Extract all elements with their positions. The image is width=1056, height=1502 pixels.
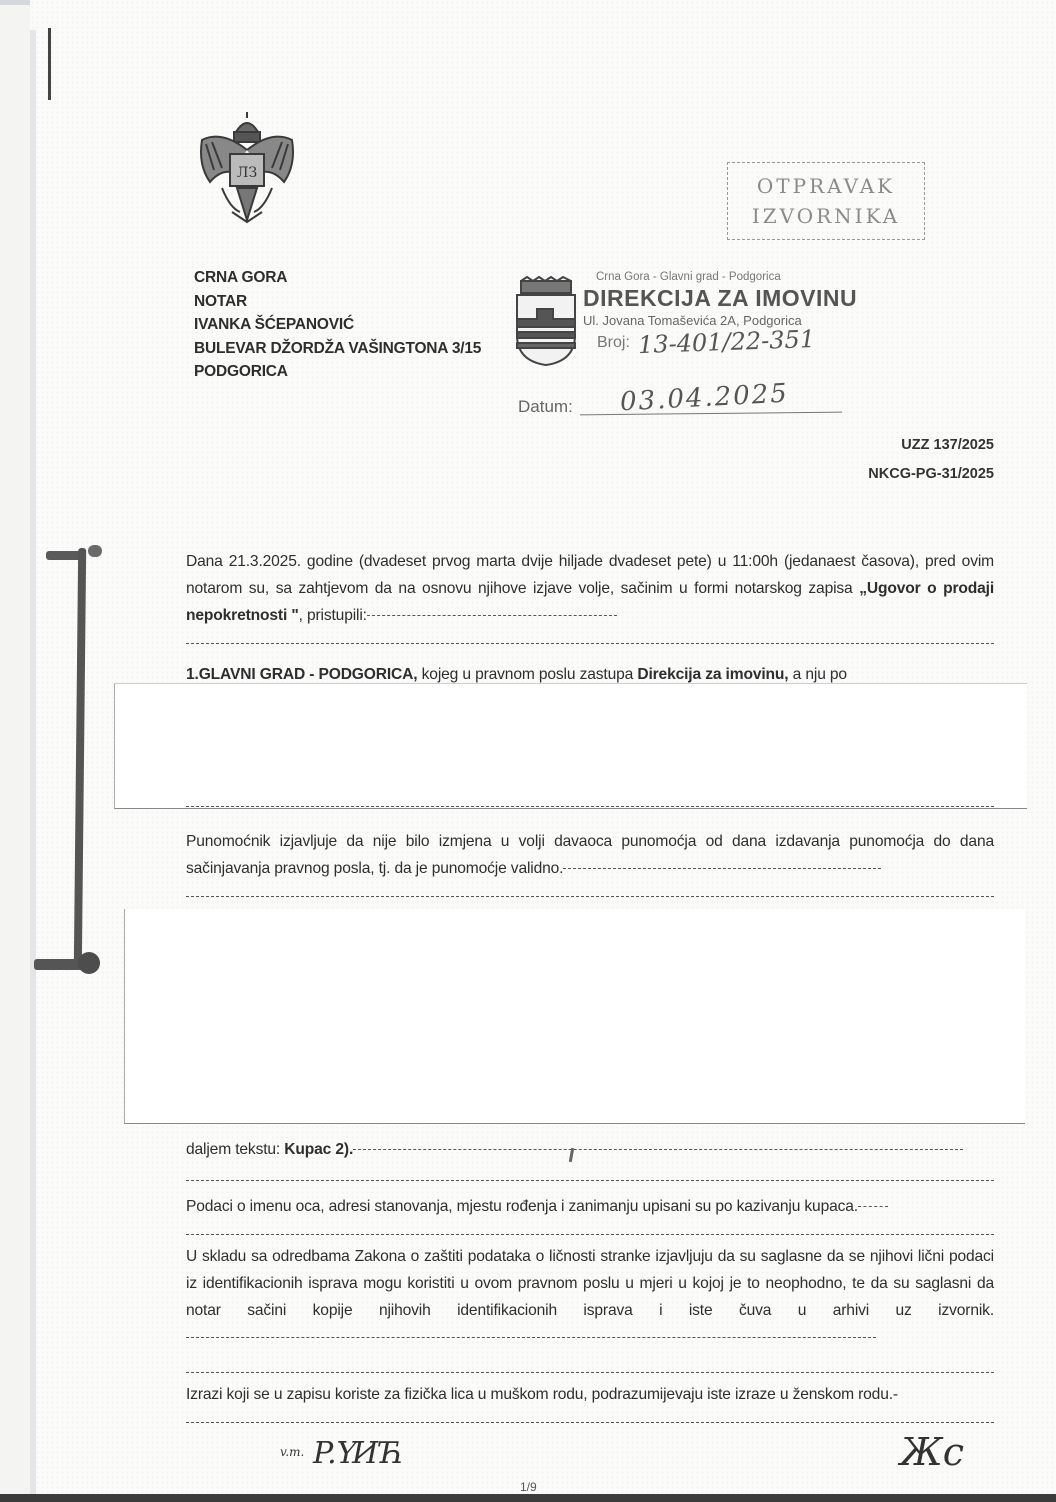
header-notary-name: IVANKA ŠĆEPANOVIĆ — [194, 313, 481, 337]
dash-separator — [186, 896, 994, 897]
directorate-stamp-top-line: Crna Gora - Glavni grad - Podgorica — [596, 271, 781, 283]
dash-separator — [186, 1234, 994, 1235]
redacted-block-1 — [114, 683, 1027, 809]
dash-filler — [563, 868, 881, 869]
dash-filler — [186, 1337, 876, 1338]
dash-separator — [186, 806, 994, 807]
buyer-2-text: daljem tekstu: — [186, 1141, 284, 1158]
initials-right: Жс — [900, 1430, 964, 1474]
svg-text:ЛЗ: ЛЗ — [237, 165, 257, 181]
dash-filler — [353, 1149, 963, 1150]
dash-filler — [367, 615, 617, 616]
party-1-text: kojeg u pravnom poslu zastupa — [417, 666, 637, 683]
directorate-stamp-broj-label: Broj: — [597, 334, 630, 352]
data-protection-text: U skladu sa odredbama Zakona o zaštiti p… — [186, 1248, 994, 1319]
binding-mark — [48, 28, 51, 100]
page-left-edge — [30, 30, 36, 1494]
uzz-reference: UZZ 137/2025 — [901, 437, 994, 453]
paragraph-proxy-validity: Punomoćnik izjavljuje da nije bilo izmje… — [186, 828, 994, 882]
intro-text-end: , pristupili: — [299, 607, 367, 624]
header-city: PODGORICA — [194, 360, 481, 384]
header-street: BULEVAR DŽORDŽA VAŠINGTONA 3/15 — [194, 337, 481, 361]
initials-left-1: P.Y — [313, 1436, 356, 1471]
dash-separator — [186, 1422, 994, 1423]
notary-header: CRNA GORA NOTAR IVANKA ŠĆEPANOVIĆ BULEVA… — [194, 266, 481, 384]
paragraph-buyer-2: daljem tekstu: Kupac 2). — [186, 1136, 994, 1163]
paragraph-buyer-data: Podaci o imenu oca, adresi stanovanja, m… — [186, 1193, 994, 1220]
party-1-text-end: a nju po — [788, 666, 846, 683]
redacted-block-2 — [124, 909, 1025, 1124]
otpravak-izvornika-stamp: OTPRAVAK IZVORNIKA — [727, 162, 925, 240]
proxy-validity-text: Punomoćnik izjavljuje da nije bilo izmje… — [186, 833, 994, 877]
buyer-2-label: Kupac 2). — [284, 1141, 353, 1158]
party-1-representative: Direkcija za imovinu, — [637, 666, 788, 683]
party-1-name: 1.GLAVNI GRAD - PODGORICA, — [186, 666, 417, 683]
dash-separator — [186, 1372, 994, 1373]
stamp-line-1: OTPRAVAK — [728, 171, 924, 201]
scan-bottom-border — [0, 1494, 1056, 1502]
header-country: CRNA GORA — [194, 266, 481, 290]
dash-separator — [186, 1180, 994, 1181]
initials-left-2: ИЋ — [352, 1436, 404, 1471]
nkcg-reference: NKCG-PG-31/2025 — [868, 466, 994, 482]
header-office: NOTAR — [194, 290, 481, 314]
binding-clip-top-knob — [88, 545, 102, 557]
dash-separator — [186, 643, 994, 644]
binding-clip-bottom-knob — [78, 952, 100, 974]
dash-filler — [858, 1206, 888, 1207]
page-number: 1/9 — [520, 1480, 537, 1494]
directorate-stamp-name: DIREKCIJA ZA IMOVINU — [583, 285, 857, 312]
paragraph-data-protection: U skladu sa odredbama Zakona o zaštiti p… — [186, 1243, 994, 1351]
paragraph-intro: Dana 21.3.2025. godine (dvadeset prvog m… — [186, 548, 994, 629]
podgorica-coat-of-arms-icon — [513, 275, 579, 367]
stamp-line-2: IZVORNIKA — [728, 201, 924, 231]
buyer-data-text: Podaci o imenu oca, adresi stanovanja, m… — [186, 1198, 858, 1215]
paragraph-gender-clause: Izrazi koji se u zapisu koriste za fizič… — [186, 1381, 994, 1408]
montenegro-coat-of-arms-icon: ЛЗ — [192, 110, 302, 228]
gender-clause-text: Izrazi koji se u zapisu koriste za fizič… — [186, 1386, 898, 1403]
initials-small: v.m. — [280, 1445, 304, 1459]
binding-clip-bottom — [34, 959, 84, 970]
directorate-stamp-datum-label: Datum: — [518, 397, 573, 417]
